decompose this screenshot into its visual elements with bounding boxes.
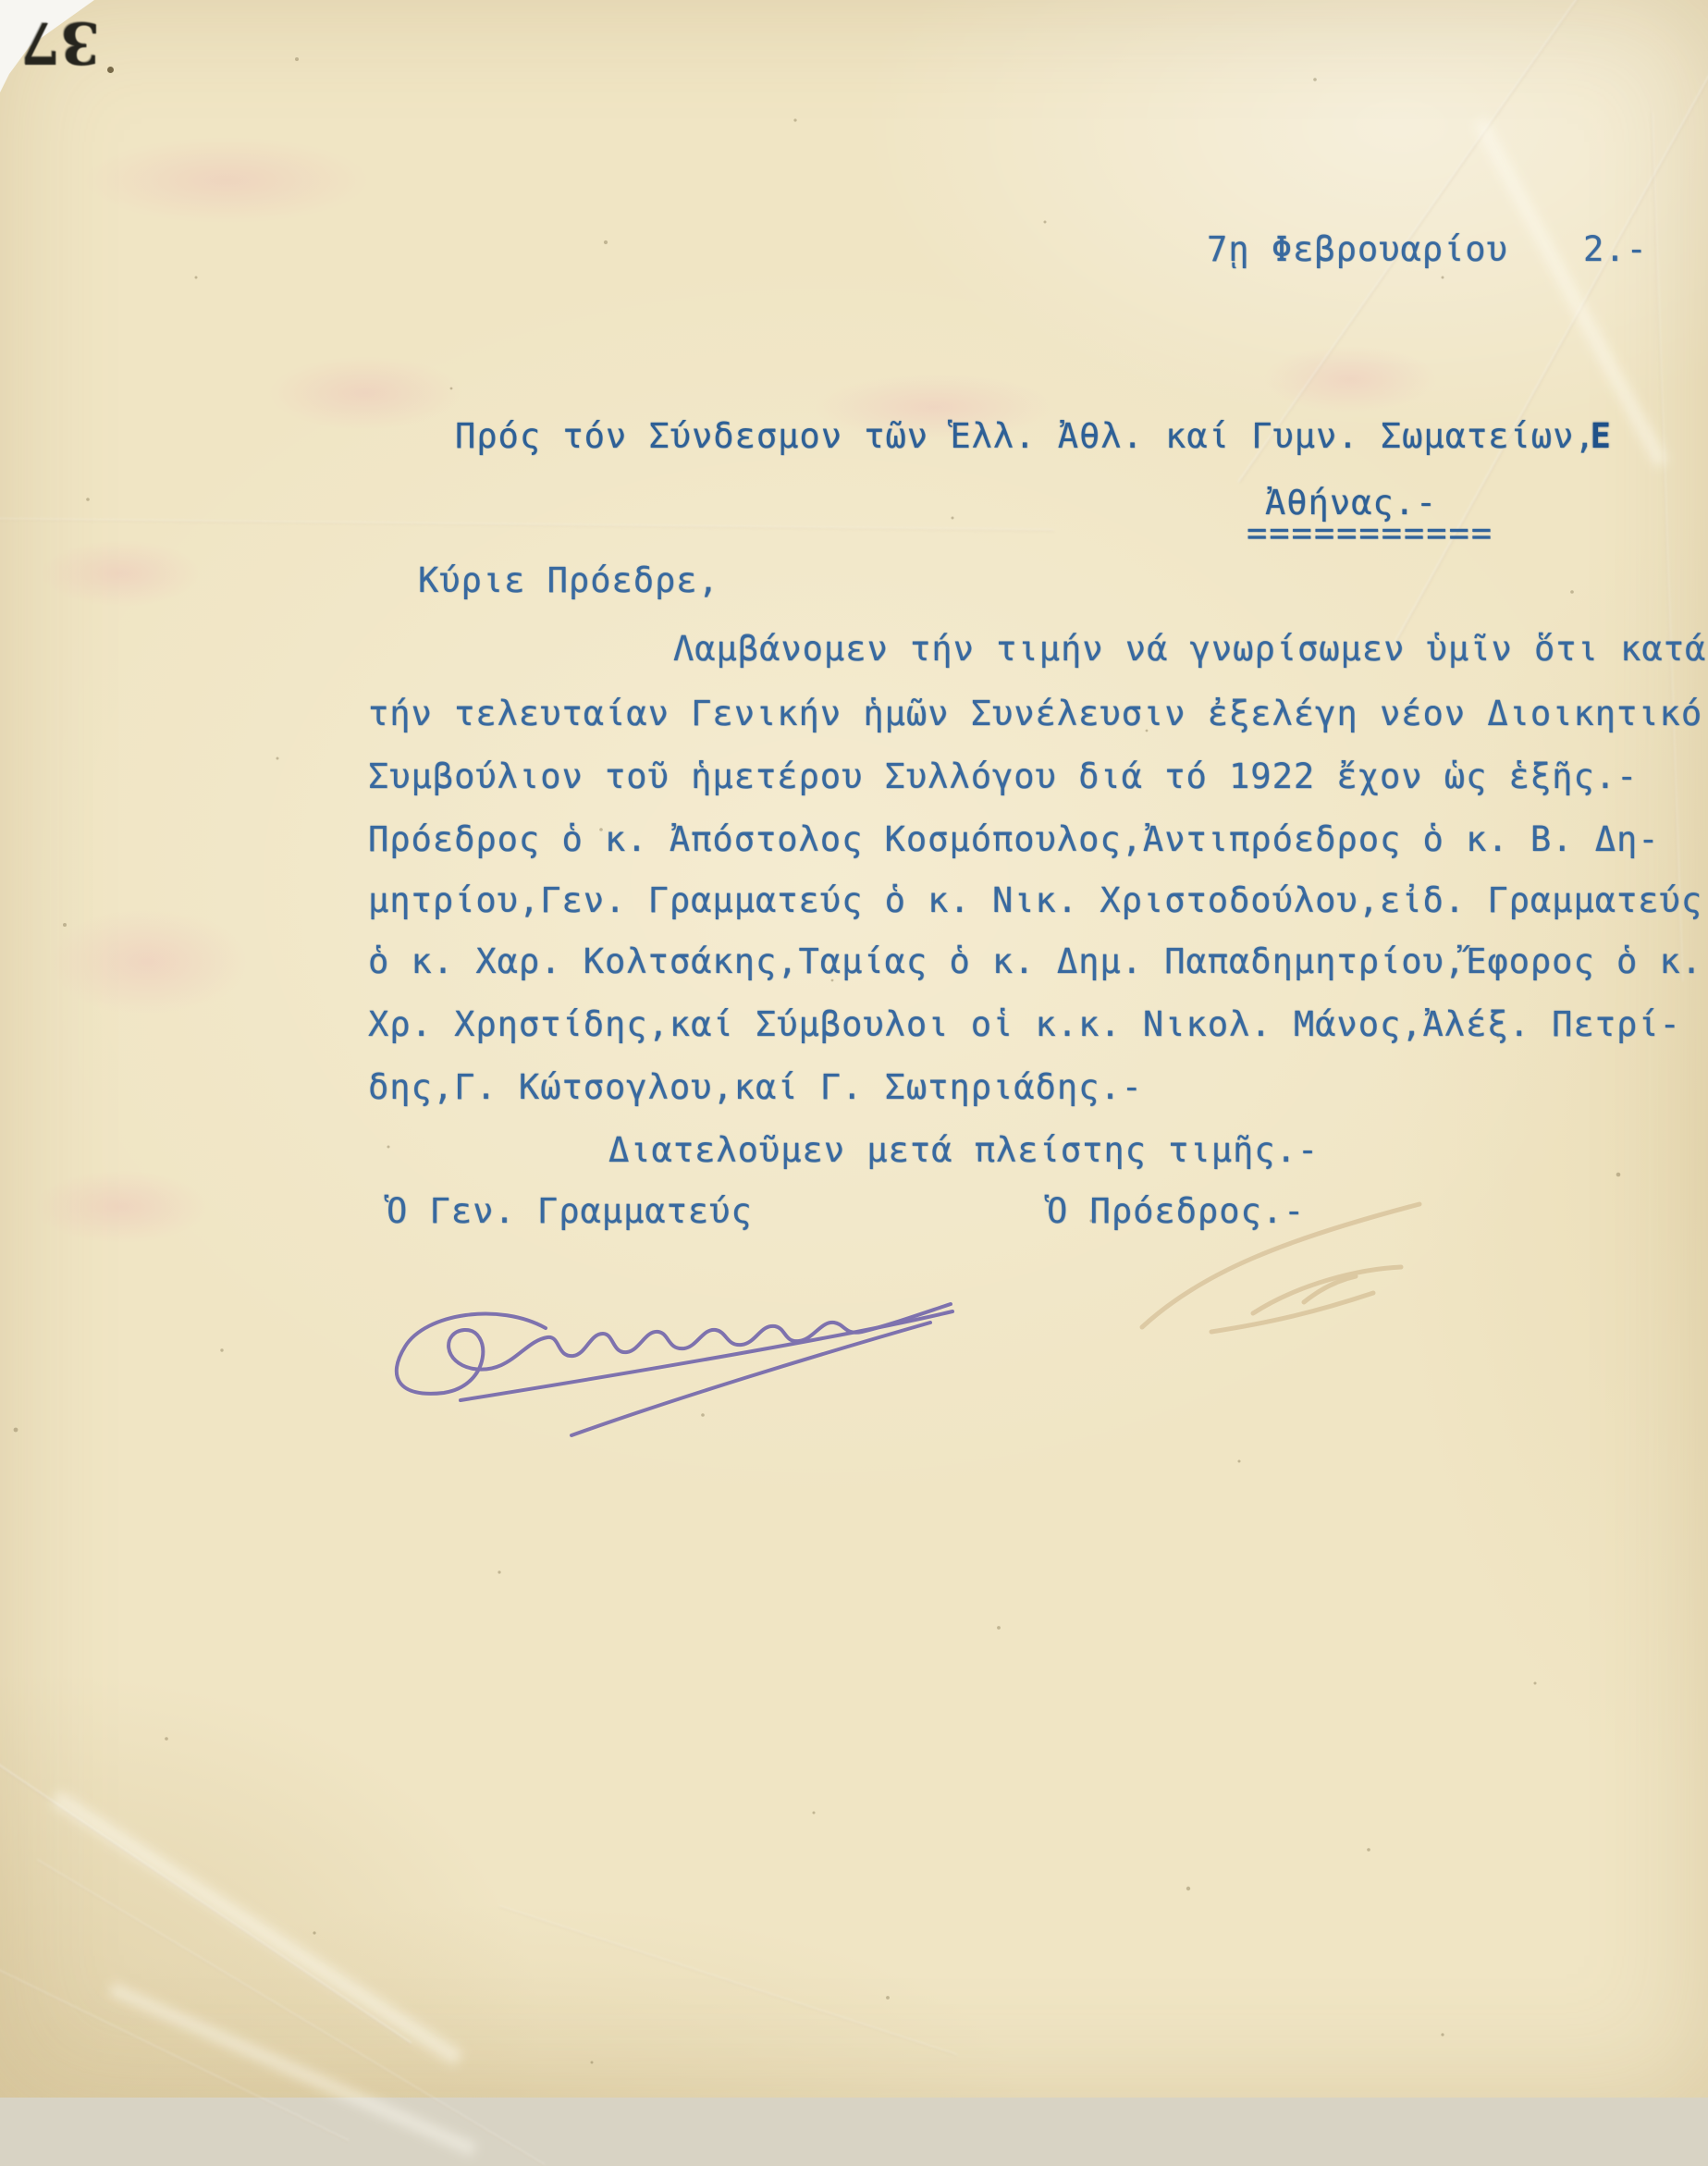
recipient-underline: =========== bbox=[1247, 513, 1493, 553]
salutation: Κύριε Πρόεδρε, bbox=[418, 560, 719, 600]
date-year-fragment: 2.- bbox=[1583, 229, 1648, 269]
archive-number-stamp: 37 bbox=[20, 9, 100, 77]
body-line: ὁ κ. Χαρ. Κολτσάκης,Ταμίας ὁ κ. Δημ. Παπ… bbox=[368, 941, 1702, 981]
closing-line: Διατελοῦμεν μετά πλείστης τιμῆς.- bbox=[608, 1130, 1319, 1170]
body-line: τήν τελευταίαν Γενικήν ἡμῶν Συνέλευσιν ἐ… bbox=[368, 694, 1702, 733]
overstrike-character: Ε bbox=[1591, 416, 1612, 456]
secretary-title: Ὁ Γεν. Γραμματεύς bbox=[387, 1191, 753, 1231]
body-line: Χρ. Χρηστίδης,καί Σύμβουλοι οἱ κ.κ. Νικο… bbox=[368, 1004, 1681, 1044]
body-line: Λαμβάνομεν τήν τιμήν νά γνωρίσωμεν ὑμῖν … bbox=[673, 629, 1706, 669]
secretary-signature bbox=[351, 1239, 999, 1443]
recipient-text: Πρός τόν Σύνδεσμον τῶν Ἑλλ. Ἀθλ. καί Γυμ… bbox=[455, 416, 1596, 456]
president-signature-faint bbox=[1091, 1184, 1498, 1350]
stamp-ink-dot bbox=[107, 67, 114, 73]
body-line: Πρόεδρος ὁ κ. Ἀπόστολος Κοσμόπουλος,Ἀντι… bbox=[368, 819, 1660, 859]
body-line: Συμβούλιον τοῦ ἡμετέρου Συλλόγου διά τό … bbox=[368, 757, 1638, 796]
recipient-line: Πρός τόν Σύνδεσμον τῶν Ἑλλ. Ἀθλ. καί Γυμ… bbox=[455, 416, 1612, 456]
body-line: δης,Γ. Κώτσογλου,καί Γ. Σωτηριάδης.- bbox=[368, 1067, 1143, 1107]
body-line: μητρίου,Γεν. Γραμματεύς ὁ κ. Νικ. Χριστο… bbox=[368, 880, 1702, 920]
paper-speckles bbox=[0, 0, 1708, 2098]
date-day-month: 7ῃ Φεβρουαρίου bbox=[1207, 229, 1508, 269]
letter-paper: 37 7ῃ Φεβρουαρίου 2.- Πρός τόν Σύνδεσμον… bbox=[0, 0, 1708, 2098]
